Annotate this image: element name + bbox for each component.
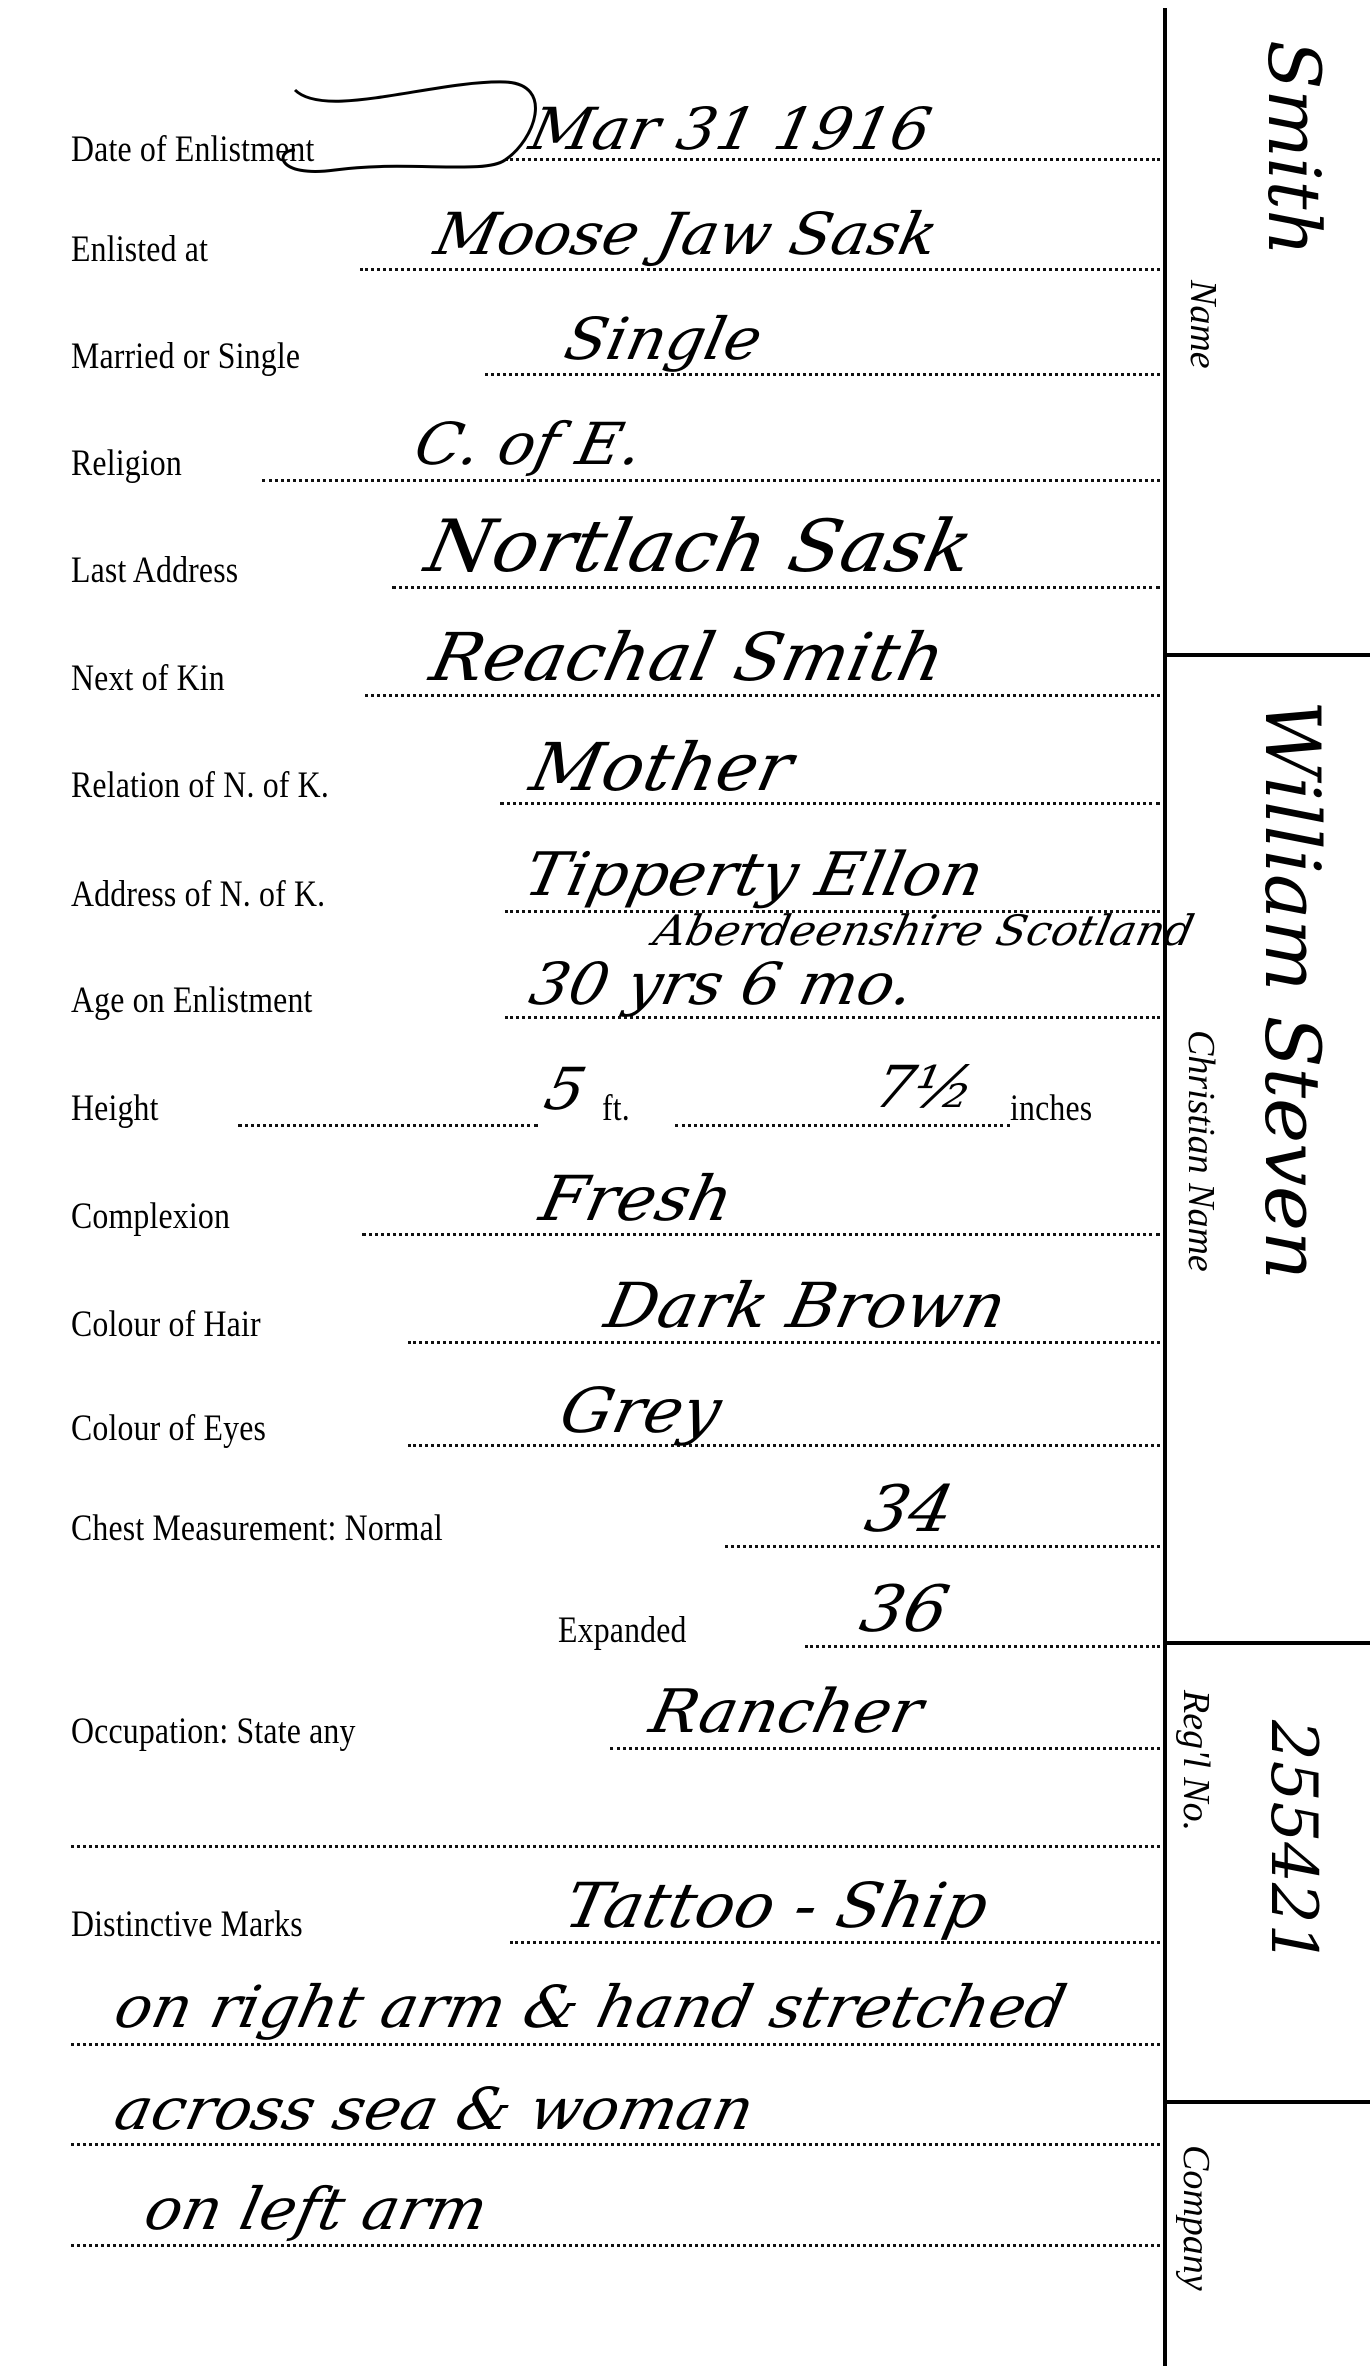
dotted-line [238, 1124, 538, 1127]
label-last-address: Last Address [71, 552, 238, 589]
label-height-ft: ft. [602, 1090, 630, 1127]
dotted-line [262, 479, 1160, 482]
label-height-inches: inches [1010, 1090, 1092, 1127]
value-complexion: Fresh [535, 1168, 738, 1230]
value-distinctive-marks-line4: on left arm [140, 2180, 493, 2238]
value-occupation: Rancher [645, 1682, 928, 1742]
value-age-on-enlistment: 30 yrs 6 mo. [525, 955, 919, 1013]
label-religion: Religion [71, 445, 182, 482]
label-married-or-single: Married or Single [71, 338, 300, 375]
value-next-of-kin: Reachal Smith [425, 625, 950, 691]
value-colour-of-eyes: Grey [555, 1380, 727, 1442]
value-address-of-nok-line2: Aberdeenshire Scotland [650, 910, 1198, 952]
dotted-line [408, 1444, 1160, 1447]
sidebar-value-christian-name: William Steven [1254, 700, 1330, 1280]
value-date-of-enlistment: Mar 31 1916 [525, 100, 936, 158]
value-height-inches: 7½ [870, 1058, 980, 1116]
value-colour-of-hair: Dark Brown [600, 1275, 1011, 1337]
signature-flourish-icon [255, 60, 575, 190]
value-distinctive-marks-line2: on right arm & hand stretched [110, 1978, 1071, 2036]
label-colour-of-hair: Colour of Hair [71, 1306, 261, 1343]
value-height-feet: 5 [540, 1060, 591, 1118]
dotted-line [71, 2143, 1160, 2146]
value-chest-normal: 34 [860, 1478, 959, 1542]
dotted-line [675, 1124, 1010, 1127]
label-complexion: Complexion [71, 1198, 230, 1235]
label-colour-of-eyes: Colour of Eyes [71, 1410, 266, 1447]
label-next-of-kin: Next of Kin [71, 660, 225, 697]
dotted-line [360, 268, 1160, 271]
dotted-line [71, 2043, 1160, 2046]
label-address-of-nok: Address of N. of K. [71, 876, 325, 913]
value-last-address: Nortlach Sask [420, 510, 979, 582]
value-relation-of-nok: Mother [525, 735, 798, 801]
value-chest-expanded: 36 [855, 1578, 954, 1642]
label-age-on-enlistment: Age on Enlistment [71, 982, 313, 1019]
dotted-line [362, 1233, 1160, 1236]
label-occupation: Occupation: State any [71, 1713, 356, 1750]
value-distinctive-marks-line1: Tattoo - Ship [560, 1875, 993, 1937]
value-married-or-single: Single [560, 310, 767, 368]
label-height: Height [71, 1090, 159, 1127]
attestation-card: Date of Enlistment Mar 31 1916 Enlisted … [0, 0, 1370, 2366]
label-chest-normal: Chest Measurement: Normal [71, 1510, 443, 1547]
dotted-line [71, 2244, 1160, 2247]
label-distinctive-marks: Distinctive Marks [71, 1906, 303, 1943]
sidebar-value-regl-no: 255421 [1261, 1720, 1325, 1964]
sidebar-label-name: Name [1184, 280, 1222, 369]
sidebar-value-name: Smith [1258, 40, 1330, 256]
dotted-line [610, 1747, 1160, 1750]
sidebar-label-company: Company [1177, 2145, 1215, 2291]
section-divider [1167, 653, 1370, 657]
column-divider [1163, 8, 1167, 2366]
label-relation-of-nok: Relation of N. of K. [71, 767, 329, 804]
value-address-of-nok: Tipperty Ellon [520, 845, 989, 905]
section-divider [1167, 1641, 1370, 1645]
value-distinctive-marks-line3: across sea & woman [110, 2080, 759, 2138]
dotted-line [71, 1845, 1160, 1848]
sidebar-label-regl-no: Reg'l No. [1177, 1690, 1215, 1831]
label-enlisted-at: Enlisted at [71, 231, 208, 268]
value-enlisted-at: Moose Jaw Sask [430, 205, 943, 263]
sidebar-label-christian-name: Christian Name [1182, 1030, 1220, 1272]
label-chest-expanded: Expanded [558, 1612, 687, 1649]
dotted-line [485, 373, 1160, 376]
value-religion: C. of E. [410, 415, 648, 473]
section-divider [1167, 2100, 1370, 2104]
